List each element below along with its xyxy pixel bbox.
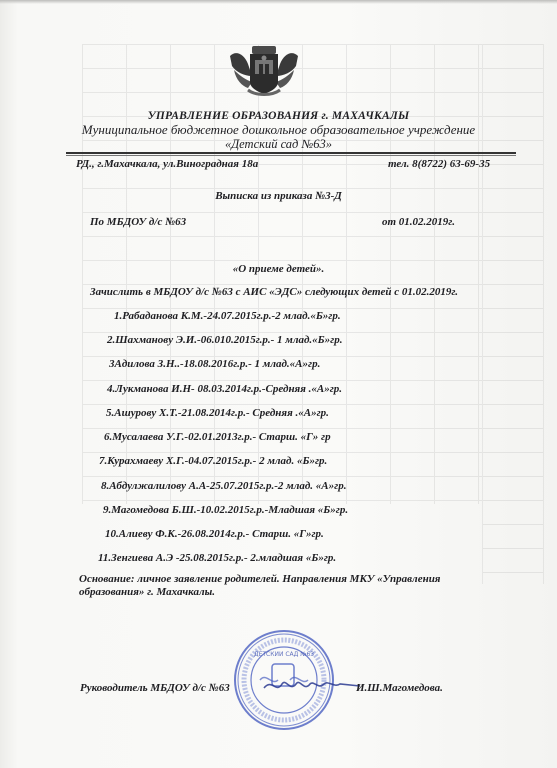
header-divider bbox=[66, 152, 516, 154]
list-item: 11.Зенгиева А.Э -25.08.2015г.р.- 2.младш… bbox=[98, 552, 336, 564]
institution-name: «Детский сад №63» bbox=[0, 137, 557, 152]
address: РД., г.Махачкала, ул.Виноградная 18а bbox=[76, 158, 258, 170]
list-item: 7.Курахмаеву Х.Г.-04.07.2015г.р.- 2 млад… bbox=[99, 455, 327, 467]
phone: тел. 8(8722) 63-69-35 bbox=[388, 158, 490, 170]
order-date: от 01.02.2019г. bbox=[382, 216, 455, 228]
signatory-name: И.Ш.Магомедова. bbox=[356, 682, 443, 694]
scan-edge-shadow bbox=[0, 0, 557, 4]
order-subject: «О приеме детей». bbox=[0, 263, 557, 275]
list-item: 9.Магомедова Б.Ш.-10.02.2015г.р.-Младшая… bbox=[103, 504, 348, 516]
document-page: УПРАВЛЕНИЕ ОБРАЗОВАНИЯ г. МАХАЧКАЛЫ Муни… bbox=[0, 0, 557, 768]
svg-text:ДЕТСКИЙ САД №63: ДЕТСКИЙ САД №63 bbox=[254, 651, 314, 658]
basis-line-2: образования» г. Махачкалы. bbox=[79, 586, 215, 598]
signatory-role: Руководитель МБДОУ д/с №63 bbox=[80, 682, 230, 694]
list-item: 2.Шахманову Э.И.-06.010.2015г.р.- 1 млад… bbox=[107, 334, 342, 346]
list-item: 4.Лукманова И.Н- 08.03.2014г.р.-Средняя … bbox=[107, 383, 342, 395]
list-item: 6.Мусалаева У.Г.-02.01.2013г.р.- Старш. … bbox=[104, 431, 331, 443]
list-item: 1.Рабаданова К.М.-24.07.2015г.р.-2 млад.… bbox=[114, 310, 341, 322]
header-divider-thin bbox=[66, 155, 516, 156]
basis-line-1: Основание: личное заявление родителей. Н… bbox=[79, 573, 440, 585]
issuer: По МБДОУ д/с №63 bbox=[90, 216, 186, 228]
coat-of-arms-icon bbox=[226, 42, 302, 98]
list-item: 8.Абдулжалилову А.А-25.07.2015г.р.-2 мла… bbox=[101, 480, 346, 492]
signature-mark bbox=[262, 672, 362, 698]
list-item: 5.Ашурову Х.Т.-21.08.2014г.р.- Средняя .… bbox=[106, 407, 329, 419]
list-item: 10.Алиеву Ф.К.-26.08.2014г.р.- Старш. «Г… bbox=[105, 528, 324, 540]
institution-heading: Муниципальное бюджетное дошкольное образ… bbox=[0, 122, 557, 138]
list-item: 3Адилова З.Н..-18.08.2016г.р.- 1 млад.«А… bbox=[109, 358, 320, 370]
authority-heading: УПРАВЛЕНИЕ ОБРАЗОВАНИЯ г. МАХАЧКАЛЫ bbox=[0, 110, 557, 122]
document-title: Выписка из приказа №3-Д bbox=[0, 190, 557, 202]
enroll-statement: Зачислить в МБДОУ д/с №63 с АИС «ЭДС» сл… bbox=[90, 286, 458, 298]
